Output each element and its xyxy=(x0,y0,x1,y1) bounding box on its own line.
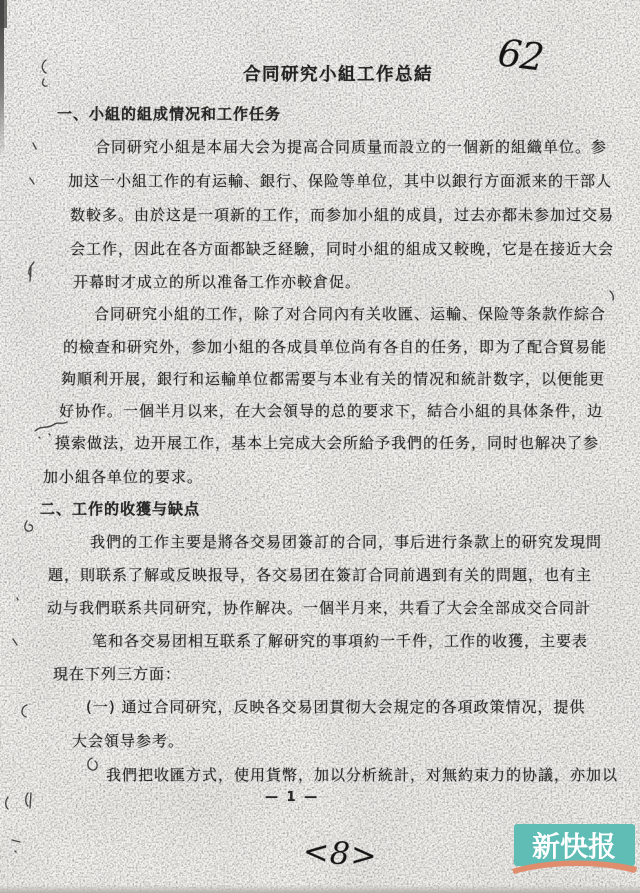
margin-scribble xyxy=(6,793,31,809)
margin-scribble xyxy=(12,840,20,852)
newspaper-logo-text: 新快报 xyxy=(532,830,616,863)
handwritten-number-top: 62 xyxy=(496,31,546,79)
text-line: 合同研究小組的工作，除了对合同內有关收匯、运輸、保险等条款作綜合 xyxy=(94,303,606,325)
text-line: 我們把收匯方式，使用貨幣，加以分析統計，对無約束力的协議，亦加以 xyxy=(106,764,618,786)
text-line: 会工作，因此在各方面都缺乏経驗，同时小組的組成又較晚，它是在接近大会 xyxy=(70,238,614,260)
text-line: 动与我們联系共同研究，协作解决。一個半月来，共看了大会全部成交合同計 xyxy=(47,597,591,619)
scan-edge-bottom xyxy=(0,885,640,893)
newspaper-logo: 新快报 xyxy=(506,821,640,879)
margin-scribble xyxy=(17,598,18,600)
text-line: 笔和各交易团相互联系了解研究的事項約一千件，工作的收獲，主要表 xyxy=(92,630,588,652)
text-line: 題，則联系了解或反映报导，各交易团在簽訂合同前遇到有关的問題，也有主 xyxy=(48,564,592,586)
scan-edge-corner xyxy=(0,0,7,28)
margin-scribble xyxy=(88,758,97,770)
page-number: — 1 — xyxy=(265,787,319,809)
text-line: 开幕时才成立的所以准备工作亦較倉促。 xyxy=(73,271,361,293)
margin-scribble xyxy=(30,178,34,184)
section-heading-1: 一、小組的組成情况和工作任务 xyxy=(57,103,281,125)
text-line: (一) 通过合同研究，反映各交易团貫彻大会規定的各項政策情况，提供 xyxy=(86,696,585,718)
scanned-document-page: 合同研究小組工作总結 一、小組的組成情况和工作任务 合同研究小組是本届大会为提高… xyxy=(0,0,640,893)
text-line: 現在下列三方面： xyxy=(53,663,181,685)
handwritten-number-bottom: <8> xyxy=(302,833,379,874)
text-line: 加小組各单位的要求。 xyxy=(43,466,203,488)
text-line: 的檢查和研究外，参加小組的各成員单位尚有各自的任务，即为了配合貿易能 xyxy=(63,336,607,358)
text-line: 合同研究小組是本届大会为提高合同质量而設立的一個新的組織单位。参 xyxy=(95,136,607,158)
margin-scribble xyxy=(29,262,34,281)
text-line: 数較多。由於这是一項新的工作，而参加小組的成員，过去亦都未参加过交易 xyxy=(70,204,614,226)
text-line: 我們的工作主要是將各交易团簽訂的合同，事后进行条款上的研究发現問 xyxy=(90,531,602,553)
text-line: 摸索做法，边开展工作，基本上完成大会所給予我們的任务，同时也解决了参 xyxy=(55,432,599,454)
section-heading-2: 二、工作的收獲与缺点 xyxy=(40,498,200,520)
text-line: 夠順利开展，銀行和运輸单位都需要与本业有关的情况和統計数字，以便能更 xyxy=(61,368,605,390)
margin-scribble xyxy=(25,521,33,531)
document-title: 合同研究小組工作总結 xyxy=(243,64,433,86)
text-line: 大会領导参考。 xyxy=(72,730,184,752)
margin-scribble xyxy=(610,291,613,300)
text-line: 好协作。一個半月以来，在大会領导的总的要求下，結合小組的具体条件，边 xyxy=(59,400,603,422)
margin-scribble xyxy=(13,639,17,645)
margin-scribble xyxy=(22,705,27,717)
text-line: 加这一小組工作的有运輸、銀行、保险等单位，其中以銀行方面派来的干部人 xyxy=(68,170,612,192)
margin-scribble xyxy=(42,60,47,86)
margin-scribble xyxy=(33,143,36,149)
